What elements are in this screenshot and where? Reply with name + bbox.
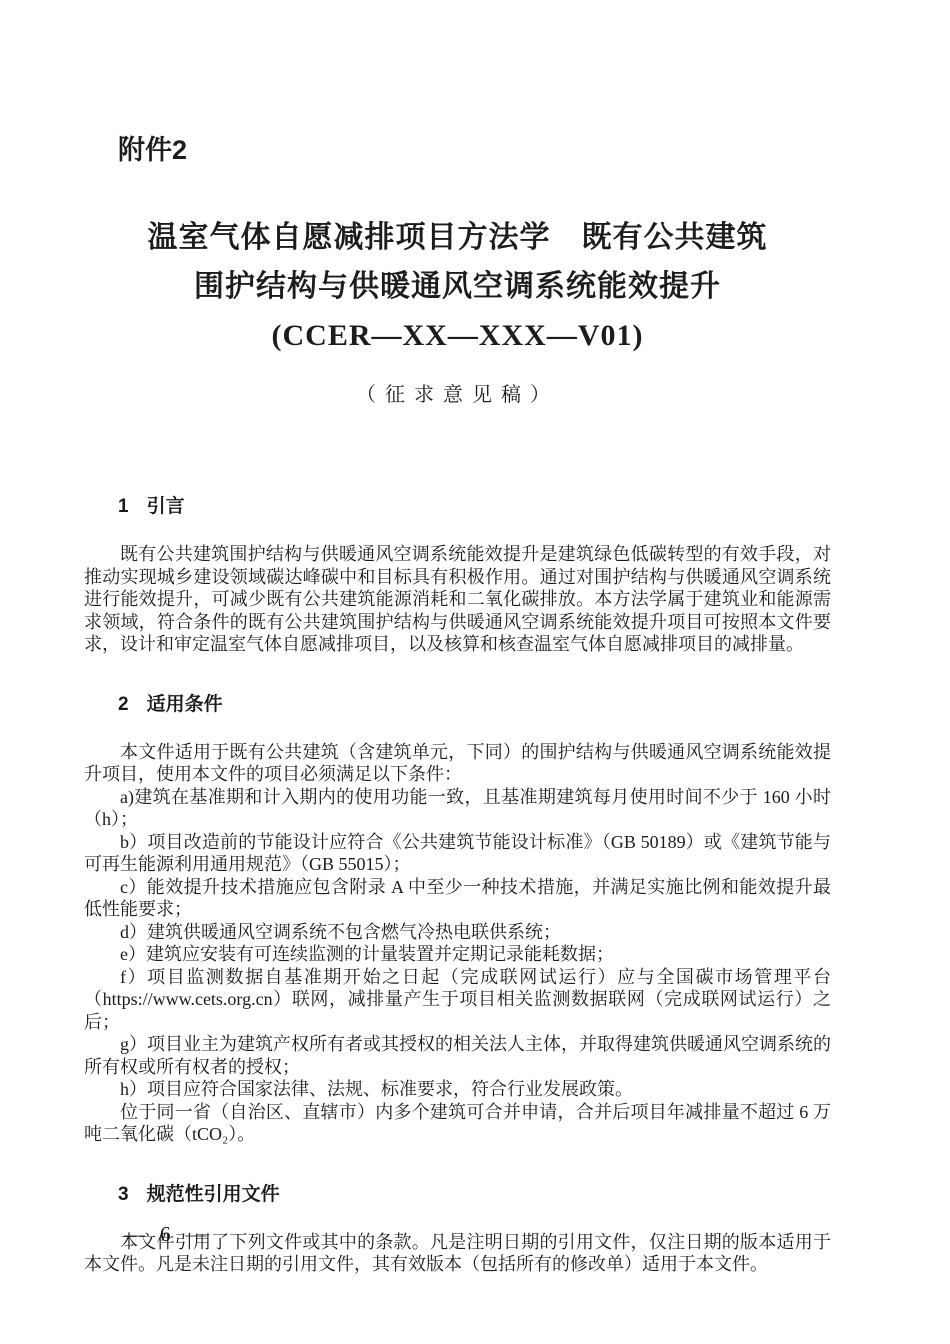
- footer-dash-left: —: [124, 1222, 145, 1246]
- section-number: 2: [118, 694, 129, 715]
- document-page: 附件2 温室气体自愿减排项目方法学 既有公共建筑 围护结构与供暖通风空调系统能效…: [0, 0, 950, 1344]
- paragraph-condition-a: a)建筑在基准期和计入期内的使用功能一致，且基准期建筑每月使用时间不少于 160…: [84, 786, 831, 831]
- title-line-1: 温室气体自愿减排项目方法学 既有公共建筑: [84, 213, 831, 262]
- paragraph-condition-d: d）建筑供暖通风空调系统不包含燃气冷热电联供系统；: [84, 921, 831, 944]
- paragraph-condition-b: b）项目改造前的节能设计应符合《公共建筑节能设计标准》（GB 50189）或《建…: [84, 831, 831, 876]
- section-introduction: 1引言 既有公共建筑围护结构与供暖通风空调系统能效提升是建筑绿色低碳转型的有效手…: [84, 496, 831, 656]
- section-applicability: 2适用条件 本文件适用于既有公共建筑（含建筑单元，下同）的围护结构与供暖通风空调…: [84, 694, 831, 1146]
- section-title: 规范性引用文件: [147, 1184, 280, 1205]
- paragraph-condition-f: f）项目监测数据自基准期开始之日起（完成联网试运行）应与全国碳市场管理平台（ht…: [84, 966, 831, 1034]
- paragraph: 本文件适用于既有公共建筑（含建筑单元，下同）的围护结构与供暖通风空调系统能效提升…: [84, 741, 831, 786]
- paragraph-condition-g: g）项目业主为建筑产权所有者或其授权的相关法人主体，并取得建筑供暖通风空调系统的…: [84, 1033, 831, 1078]
- paragraph-condition-h: h）项目应符合国家法律、法规、标准要求，符合行业发展政策。: [84, 1078, 831, 1101]
- section-title: 适用条件: [147, 694, 223, 715]
- section-body: 本文件适用于既有公共建筑（含建筑单元，下同）的围护结构与供暖通风空调系统能效提升…: [84, 741, 831, 1146]
- section-number: 3: [118, 1184, 129, 1205]
- footer-dash-right: —: [186, 1222, 207, 1246]
- page-footer: — 6 —: [124, 1222, 207, 1246]
- draft-note: （征求意见稿）: [84, 380, 831, 410]
- attachment-label: 附件2: [84, 0, 831, 164]
- document-title: 温室气体自愿减排项目方法学 既有公共建筑 围护结构与供暖通风空调系统能效提升 (…: [84, 213, 831, 360]
- section-heading: 3规范性引用文件: [84, 1184, 831, 1205]
- section-body: 既有公共建筑围护结构与供暖通风空调系统能效提升是建筑绿色低碳转型的有效手段，对推…: [84, 543, 831, 656]
- section-title: 引言: [147, 496, 185, 517]
- section-number: 1: [118, 496, 129, 517]
- paragraph: 既有公共建筑围护结构与供暖通风空调系统能效提升是建筑绿色低碳转型的有效手段，对推…: [84, 543, 831, 656]
- paragraph: 位于同一省（自治区、直辖市）内多个建筑可合并申请，合并后项目年减排量不超过 6 …: [84, 1101, 831, 1146]
- section-heading: 2适用条件: [84, 694, 831, 715]
- paragraph-condition-c: c）能效提升技术措施应包含附录 A 中至少一种技术措施，并满足实施比例和能效提升…: [84, 876, 831, 921]
- title-code: (CCER—XX—XXX—V01): [84, 311, 831, 360]
- footer-page-number: 6: [160, 1222, 171, 1246]
- section-heading: 1引言: [84, 496, 831, 517]
- paragraph-condition-e: e）建筑应安装有可连续监测的计量装置并定期记录能耗数据；: [84, 943, 831, 966]
- title-line-2: 围护结构与供暖通风空调系统能效提升: [84, 262, 831, 311]
